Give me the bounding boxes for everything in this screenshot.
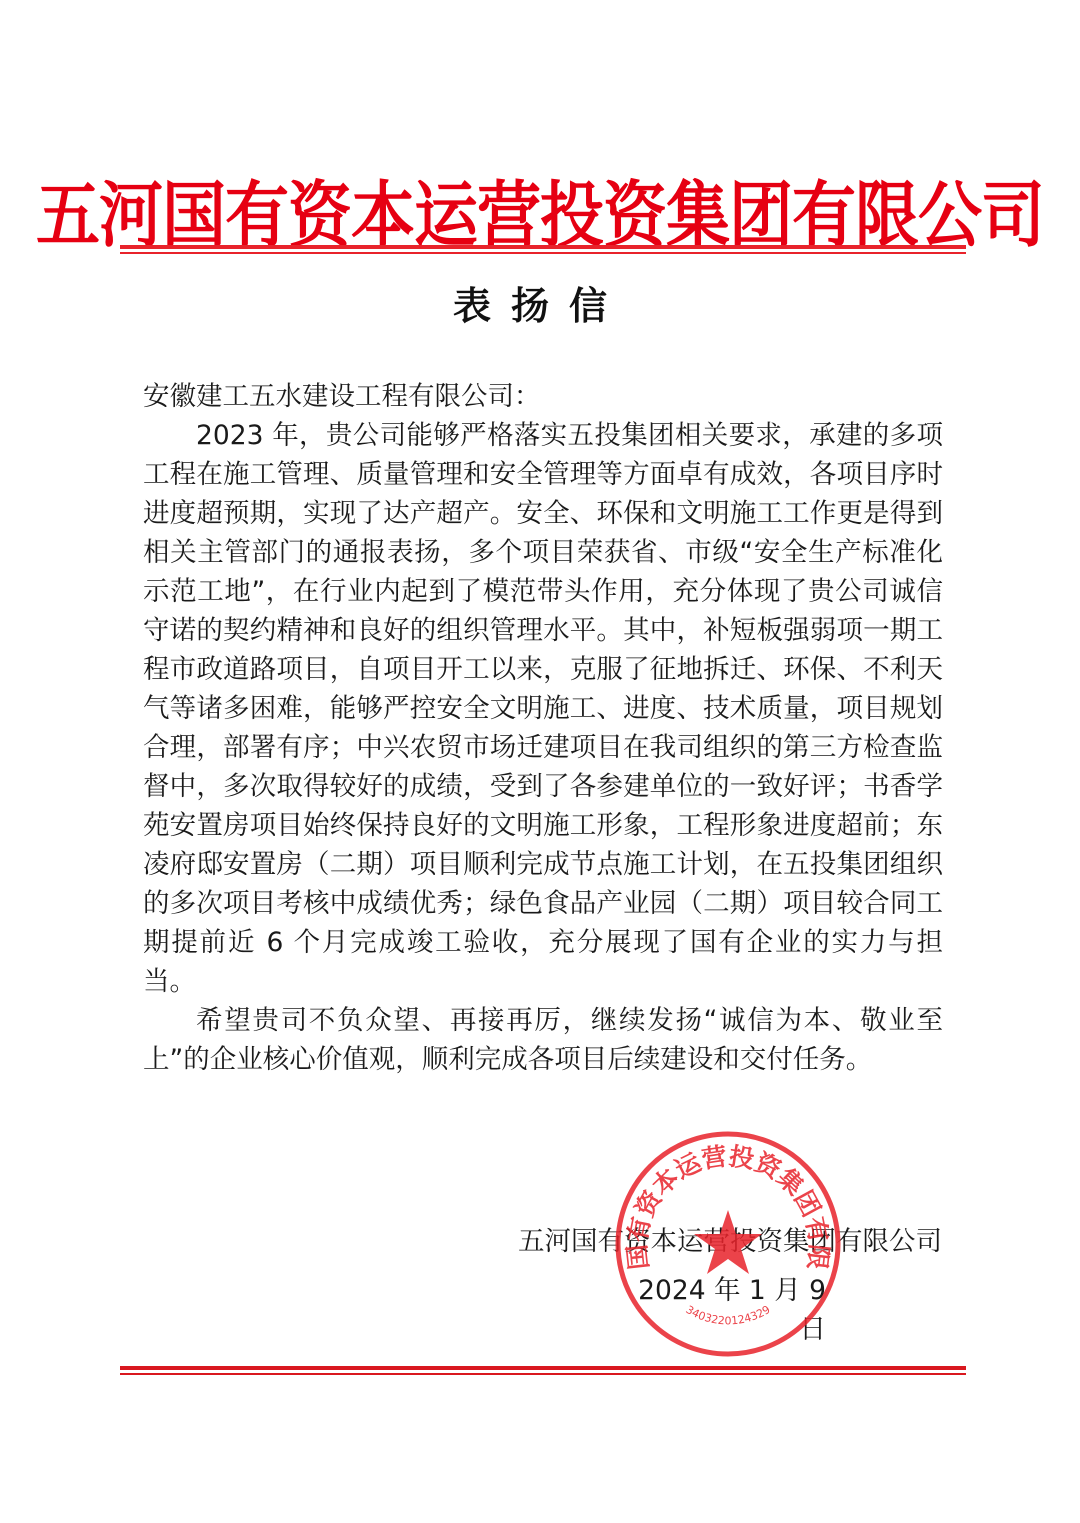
paragraph-1: 2023 年，贵公司能够严格落实五投集团相关要求，承建的多项工程在施工管理、质量… <box>143 416 943 1001</box>
document-title: 表扬信 <box>0 275 1080 330</box>
paragraph-2: 希望贵司不负众望、再接再厉，继续发扬“诚信为本、敬业至上”的企业核心价值观，顺利… <box>143 1001 943 1079</box>
salutation: 安徽建工五水建设工程有限公司： <box>143 377 943 416</box>
svg-text:3403220124329: 3403220124329 <box>683 1303 772 1327</box>
footer-divider-thick <box>120 1366 966 1370</box>
header-divider-thick <box>120 245 966 249</box>
letter-body: 安徽建工五水建设工程有限公司： 2023 年，贵公司能够严格落实五投集团相关要求… <box>143 377 943 1079</box>
seal-code-text: 3403220124329 <box>683 1303 772 1327</box>
footer-divider-thin <box>120 1373 966 1375</box>
official-seal-icon: 五河国有资本运营投资集团有限公司 3403220124329 <box>612 1128 844 1360</box>
header-divider-thin <box>120 252 966 254</box>
